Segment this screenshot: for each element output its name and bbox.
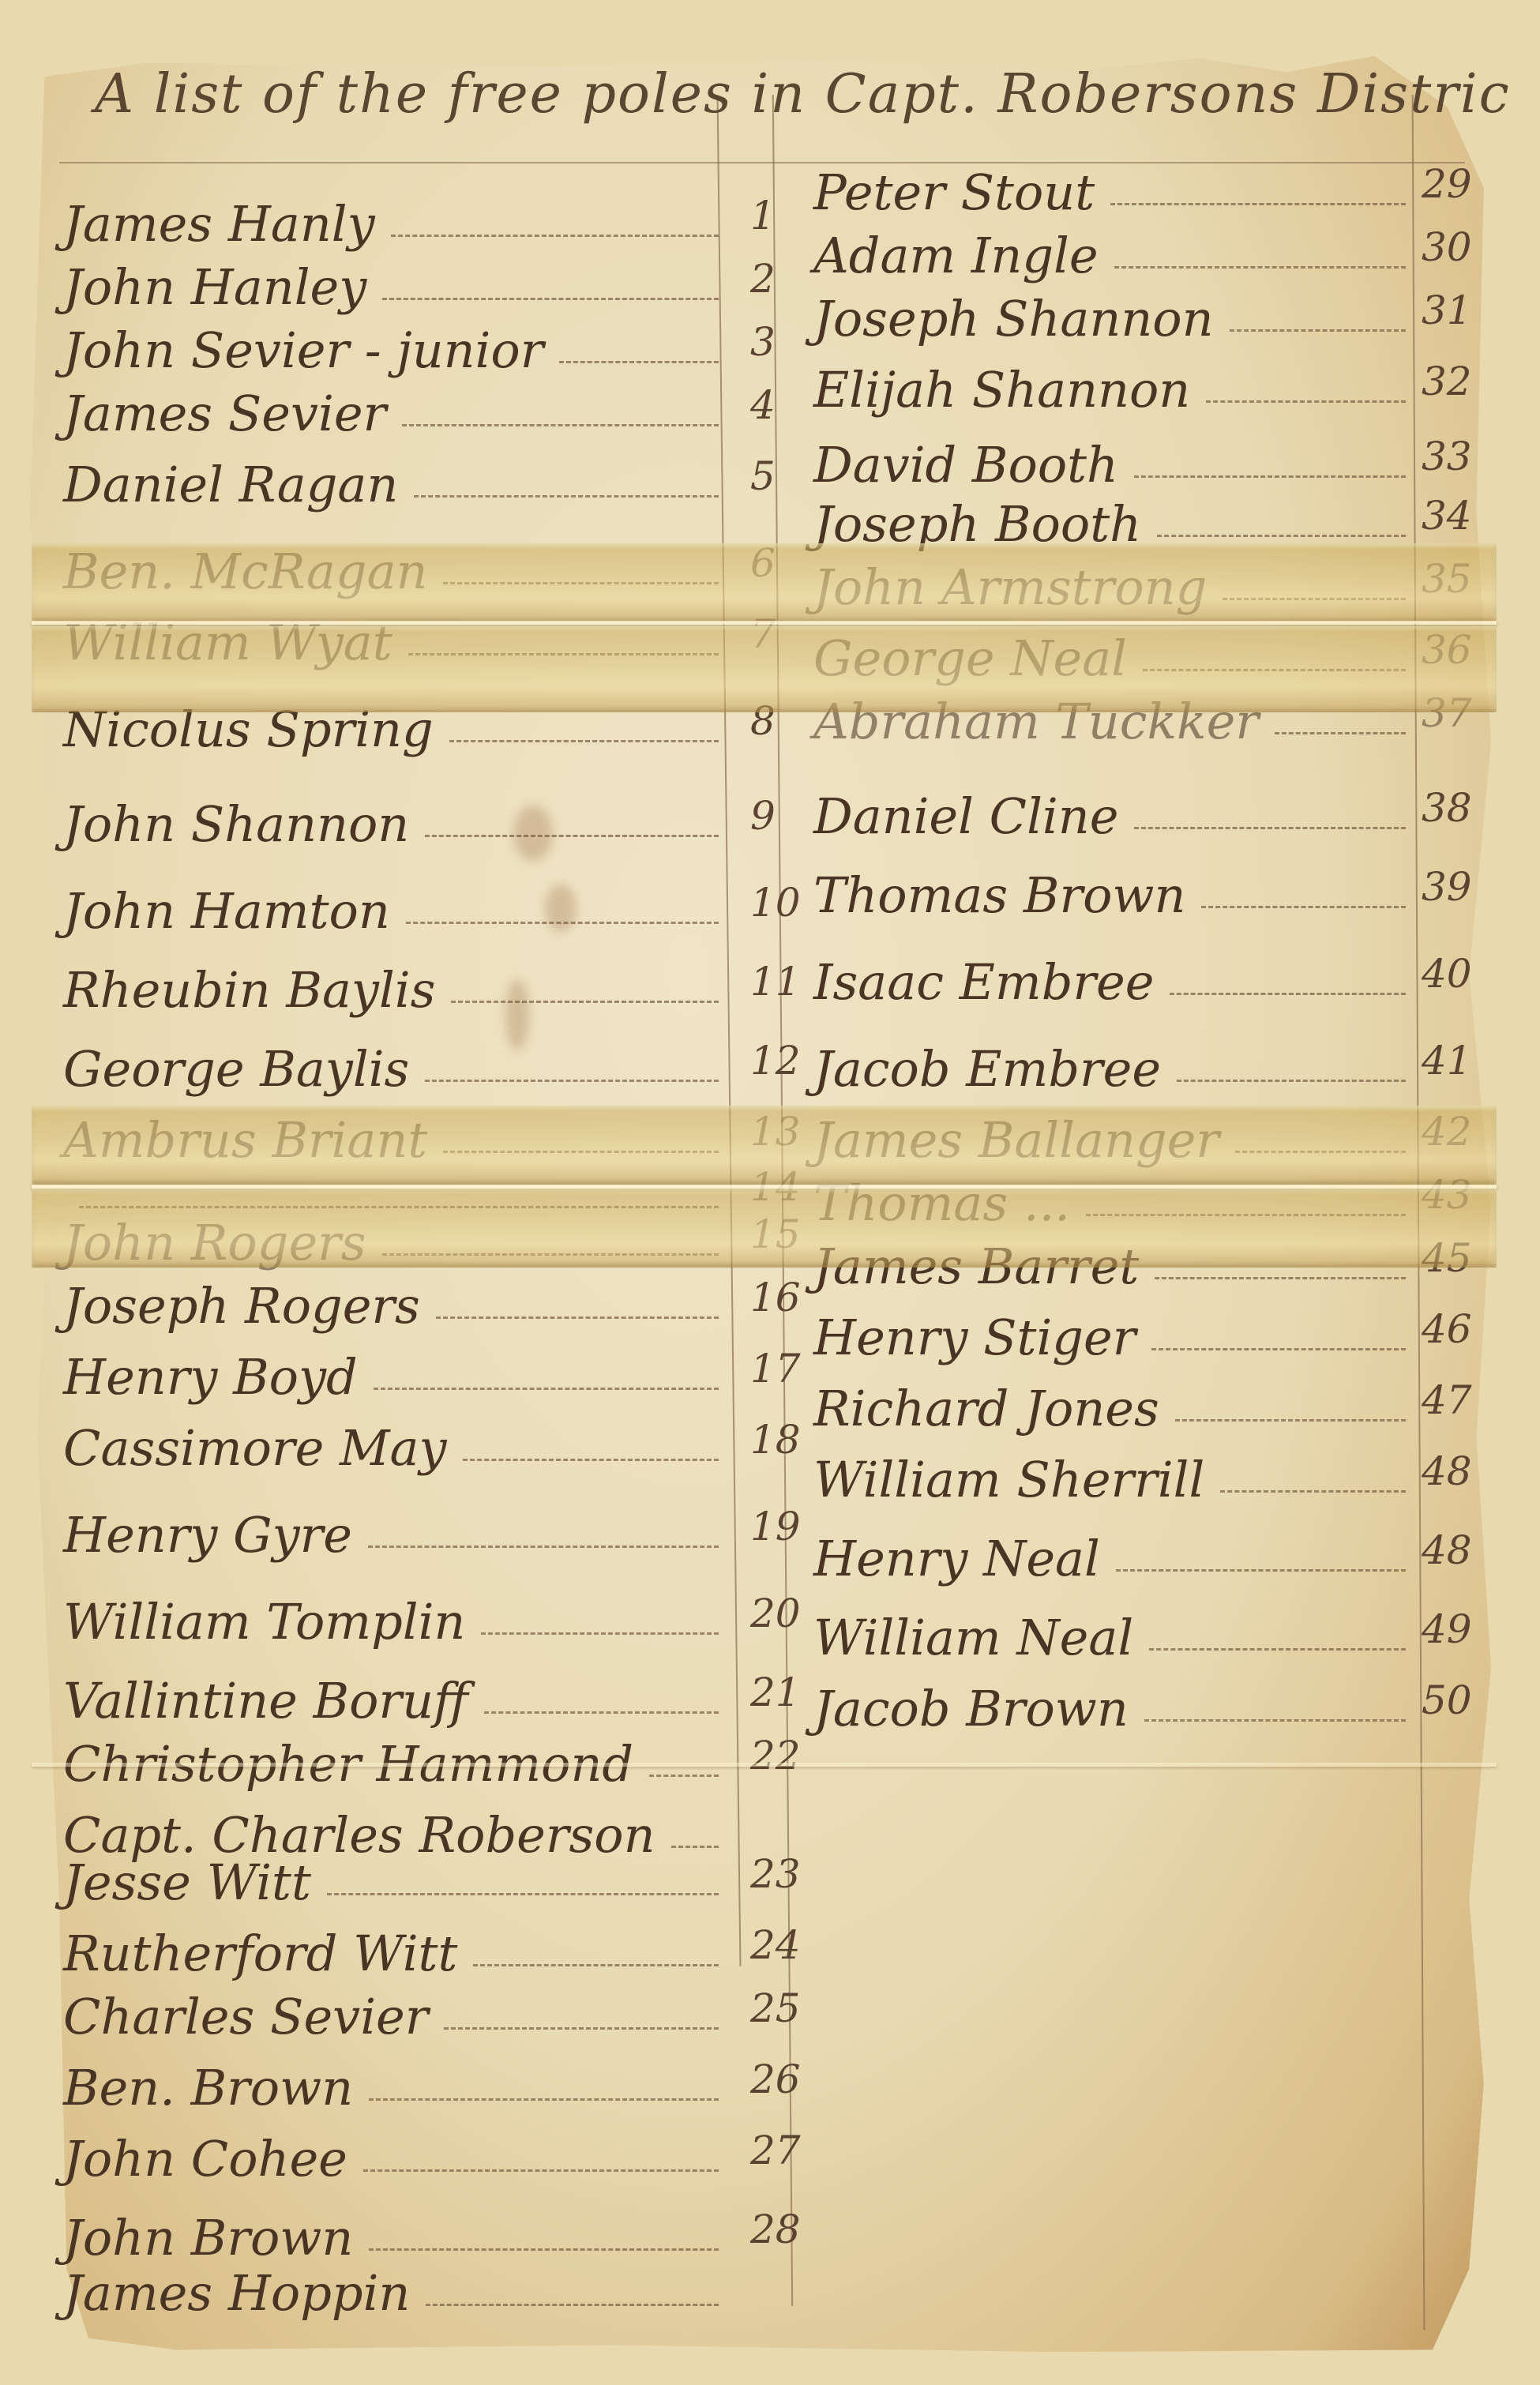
entry-number: 10 [750, 880, 813, 926]
entry-name: Jesse Witt [63, 1854, 311, 1911]
list-entry: Rutherford Witt24 [63, 1919, 734, 1982]
leader-dash [1275, 732, 1406, 734]
repair-tape-band [32, 1189, 1497, 1268]
leader-dash [1206, 400, 1406, 403]
list-entry: Jesse Witt23 [63, 1848, 734, 1911]
entry-name: William Neal [813, 1609, 1133, 1666]
entry-name: Daniel Cline [813, 787, 1118, 845]
entry-name: Peter Stout [813, 163, 1095, 221]
leader-dash [1134, 475, 1406, 478]
entry-number: 32 [1422, 359, 1485, 404]
entry-number: 47 [1422, 1377, 1485, 1423]
leader-dash [406, 922, 719, 924]
list-entry: William Tomplin20 [63, 1587, 734, 1651]
leader-dash [451, 1001, 719, 1003]
leader-dash [1175, 1419, 1406, 1422]
entry-name: Jacob Brown [813, 1680, 1129, 1737]
list-entry: Adam Ingle30 [813, 221, 1422, 284]
list-entry: Daniel Ragan5 [63, 450, 734, 513]
entry-number: 23 [750, 1851, 813, 1897]
leader-dash [402, 424, 719, 426]
leader-dash [1201, 906, 1406, 908]
entry-number: 21 [750, 1669, 813, 1715]
leader-dash [426, 2304, 719, 2306]
entry-name: John Shannon [63, 795, 409, 853]
list-entry: Cassimore May18 [63, 1414, 734, 1477]
leader-dash [425, 835, 719, 837]
entry-number: 12 [750, 1038, 813, 1084]
list-entry: John Shannon9 [63, 790, 734, 853]
leader-dash [444, 2027, 719, 2030]
entry-name: Charles Sevier [63, 1988, 428, 2045]
list-entry: Ben. Brown26 [63, 2053, 734, 2116]
entry-number: 22 [750, 1733, 813, 1778]
entry-name: Henry Stiger [813, 1309, 1136, 1366]
entry-number: 2 [750, 256, 813, 302]
leader-dash [327, 1893, 719, 1895]
leader-dash [368, 1546, 719, 1548]
entry-number: 26 [750, 2056, 813, 2102]
entry-number: 40 [1422, 951, 1485, 997]
list-entry: Joseph Shannon31 [813, 284, 1422, 347]
list-entry: Christopher Hammond22 [63, 1730, 734, 1793]
entry-name: David Booth [813, 436, 1118, 494]
list-entry: Charles Sevier25 [63, 1982, 734, 2045]
leader-dash [1157, 535, 1406, 537]
entry-name: Ben. Brown [63, 2059, 353, 2116]
entry-name: Richard Jones [813, 1380, 1159, 1437]
leader-dash [1155, 1277, 1406, 1279]
entry-number: 18 [750, 1417, 813, 1463]
list-entry: Henry Stiger46 [813, 1303, 1422, 1366]
leader-dash [414, 495, 719, 498]
entry-number: 29 [1422, 161, 1485, 207]
entry-number: 46 [1422, 1306, 1485, 1352]
paper-fold [32, 1763, 1497, 1767]
leader-dash [1149, 1648, 1406, 1651]
list-entry: John Hamton10 [63, 877, 734, 940]
entry-name: George Baylis [63, 1040, 409, 1098]
entry-number: 48 [1422, 1448, 1485, 1494]
list-entry: Rheubin Baylis11 [63, 956, 734, 1019]
list-entry: Thomas Brown39 [813, 861, 1422, 924]
leader-dash [481, 1632, 719, 1635]
entry-name: Rheubin Baylis [63, 961, 435, 1019]
list-entry: James Hoppin [63, 2259, 734, 2322]
entry-name: Henry Gyre [63, 1506, 352, 1564]
list-entry: Elijah Shannon32 [813, 355, 1422, 419]
list-entry: John Sevier - junior3 [63, 316, 734, 379]
list-entry: Joseph Rogers16 [63, 1271, 734, 1335]
entry-number: 49 [1422, 1606, 1485, 1652]
entry-name: James Hanly [63, 195, 375, 253]
leader-dash [1230, 329, 1406, 332]
list-entry: James Hanly1 [63, 190, 734, 253]
list-entry: Peter Stout29 [813, 158, 1422, 221]
leader-dash [649, 1775, 719, 1777]
list-entry: John Cohee27 [63, 2124, 734, 2188]
repair-tape-band [32, 543, 1497, 622]
leader-dash [1134, 827, 1406, 829]
list-entry: Henry Gyre19 [63, 1500, 734, 1564]
entry-number: 31 [1422, 287, 1485, 333]
list-entry: Vallintine Boruff21 [63, 1666, 734, 1730]
leader-dash [559, 361, 719, 363]
entry-name: James Sevier [63, 385, 386, 442]
paper-fold [32, 621, 1497, 625]
leader-dash [391, 235, 719, 237]
entry-number: 50 [1422, 1677, 1485, 1723]
entry-name: John Hanley [63, 258, 366, 316]
entry-number: 38 [1422, 785, 1485, 831]
entry-number: 1 [750, 193, 813, 238]
entry-number: 4 [750, 382, 813, 428]
leader-dash [1116, 1569, 1406, 1572]
entry-number: 11 [750, 959, 813, 1005]
leader-dash [374, 1388, 719, 1390]
entry-name: Henry Boyd [63, 1348, 358, 1406]
list-entry: James Sevier4 [63, 379, 734, 442]
entry-number: 25 [750, 1985, 813, 2031]
entry-number: 5 [750, 453, 813, 499]
list-entry: William Neal49 [813, 1603, 1422, 1666]
list-entry: William Sherrill48 [813, 1445, 1422, 1508]
repair-tape-band [32, 1106, 1497, 1185]
list-entry: Jacob Embree41 [813, 1035, 1422, 1098]
list-entry: Henry Neal48 [813, 1524, 1422, 1587]
leader-dash [473, 1964, 719, 1966]
list-entry: Richard Jones47 [813, 1374, 1422, 1437]
entry-number: 41 [1422, 1038, 1485, 1084]
leader-dash [484, 1711, 719, 1714]
entry-name: John Hamton [63, 882, 390, 940]
entry-name: Adam Ingle [813, 227, 1099, 284]
entry-number: 39 [1422, 864, 1485, 910]
entry-number: 27 [750, 2128, 813, 2173]
entry-name: Daniel Ragan [63, 456, 398, 513]
list-entry: Daniel Cline38 [813, 782, 1422, 845]
entry-name: William Tomplin [63, 1593, 465, 1651]
document-title: A list of the free poles in Capt. Robers… [95, 63, 1511, 126]
leader-dash [1110, 203, 1406, 205]
list-entry: John Brown28 [63, 2203, 734, 2267]
leader-dash [463, 1459, 719, 1461]
leader-dash [425, 1080, 719, 1082]
leader-dash [363, 2169, 719, 2172]
entry-number: 34 [1422, 493, 1485, 539]
entry-number: 24 [750, 1922, 813, 1968]
entry-number: 33 [1422, 434, 1485, 479]
entry-name: Joseph Rogers [63, 1277, 420, 1335]
leader-dash [1114, 266, 1406, 269]
repair-tape-band [32, 625, 1497, 712]
entry-name: James Hoppin [63, 2264, 410, 2322]
entry-number: 16 [750, 1275, 813, 1320]
entry-name: Elijah Shannon [813, 361, 1190, 419]
leader-dash [369, 2098, 719, 2101]
list-entry: George Baylis12 [63, 1035, 734, 1098]
leader-dash [1220, 1490, 1406, 1493]
list-entry: David Booth33 [813, 430, 1422, 494]
entry-number: 9 [750, 793, 813, 839]
leader-dash [369, 2248, 719, 2251]
entry-number: 17 [750, 1346, 813, 1392]
leader-dash [436, 1316, 719, 1319]
entry-name: Cassimore May [63, 1419, 447, 1477]
leader-dash [1170, 993, 1406, 995]
list-entry: Isaac Embree40 [813, 948, 1422, 1011]
entry-number: 30 [1422, 224, 1485, 270]
leader-dash [1144, 1719, 1406, 1722]
leader-dash [449, 740, 719, 742]
entry-name: Jacob Embree [813, 1040, 1161, 1098]
entry-name: Thomas Brown [813, 866, 1185, 924]
leader-dash [1177, 1080, 1406, 1082]
entry-number: 3 [750, 319, 813, 365]
entry-name: John Cohee [63, 2130, 347, 2188]
entry-name: Isaac Embree [813, 953, 1154, 1011]
entry-name: John Sevier - junior [63, 321, 543, 379]
leader-dash [382, 298, 719, 300]
list-entry: Jacob Brown50 [813, 1674, 1422, 1737]
leader-dash [1151, 1348, 1406, 1350]
entry-number: 19 [750, 1504, 813, 1549]
entry-name: William Sherrill [813, 1451, 1204, 1508]
entry-name: Henry Neal [813, 1530, 1100, 1587]
entry-name: Vallintine Boruff [63, 1672, 468, 1730]
entry-number: 28 [750, 2207, 813, 2252]
entry-name: Rutherford Witt [63, 1925, 457, 1982]
entry-number: 20 [750, 1591, 813, 1636]
list-entry: John Hanley2 [63, 253, 734, 316]
entry-number: 48 [1422, 1527, 1485, 1573]
entry-name: Joseph Shannon [813, 290, 1214, 347]
list-entry: Henry Boyd17 [63, 1343, 734, 1406]
